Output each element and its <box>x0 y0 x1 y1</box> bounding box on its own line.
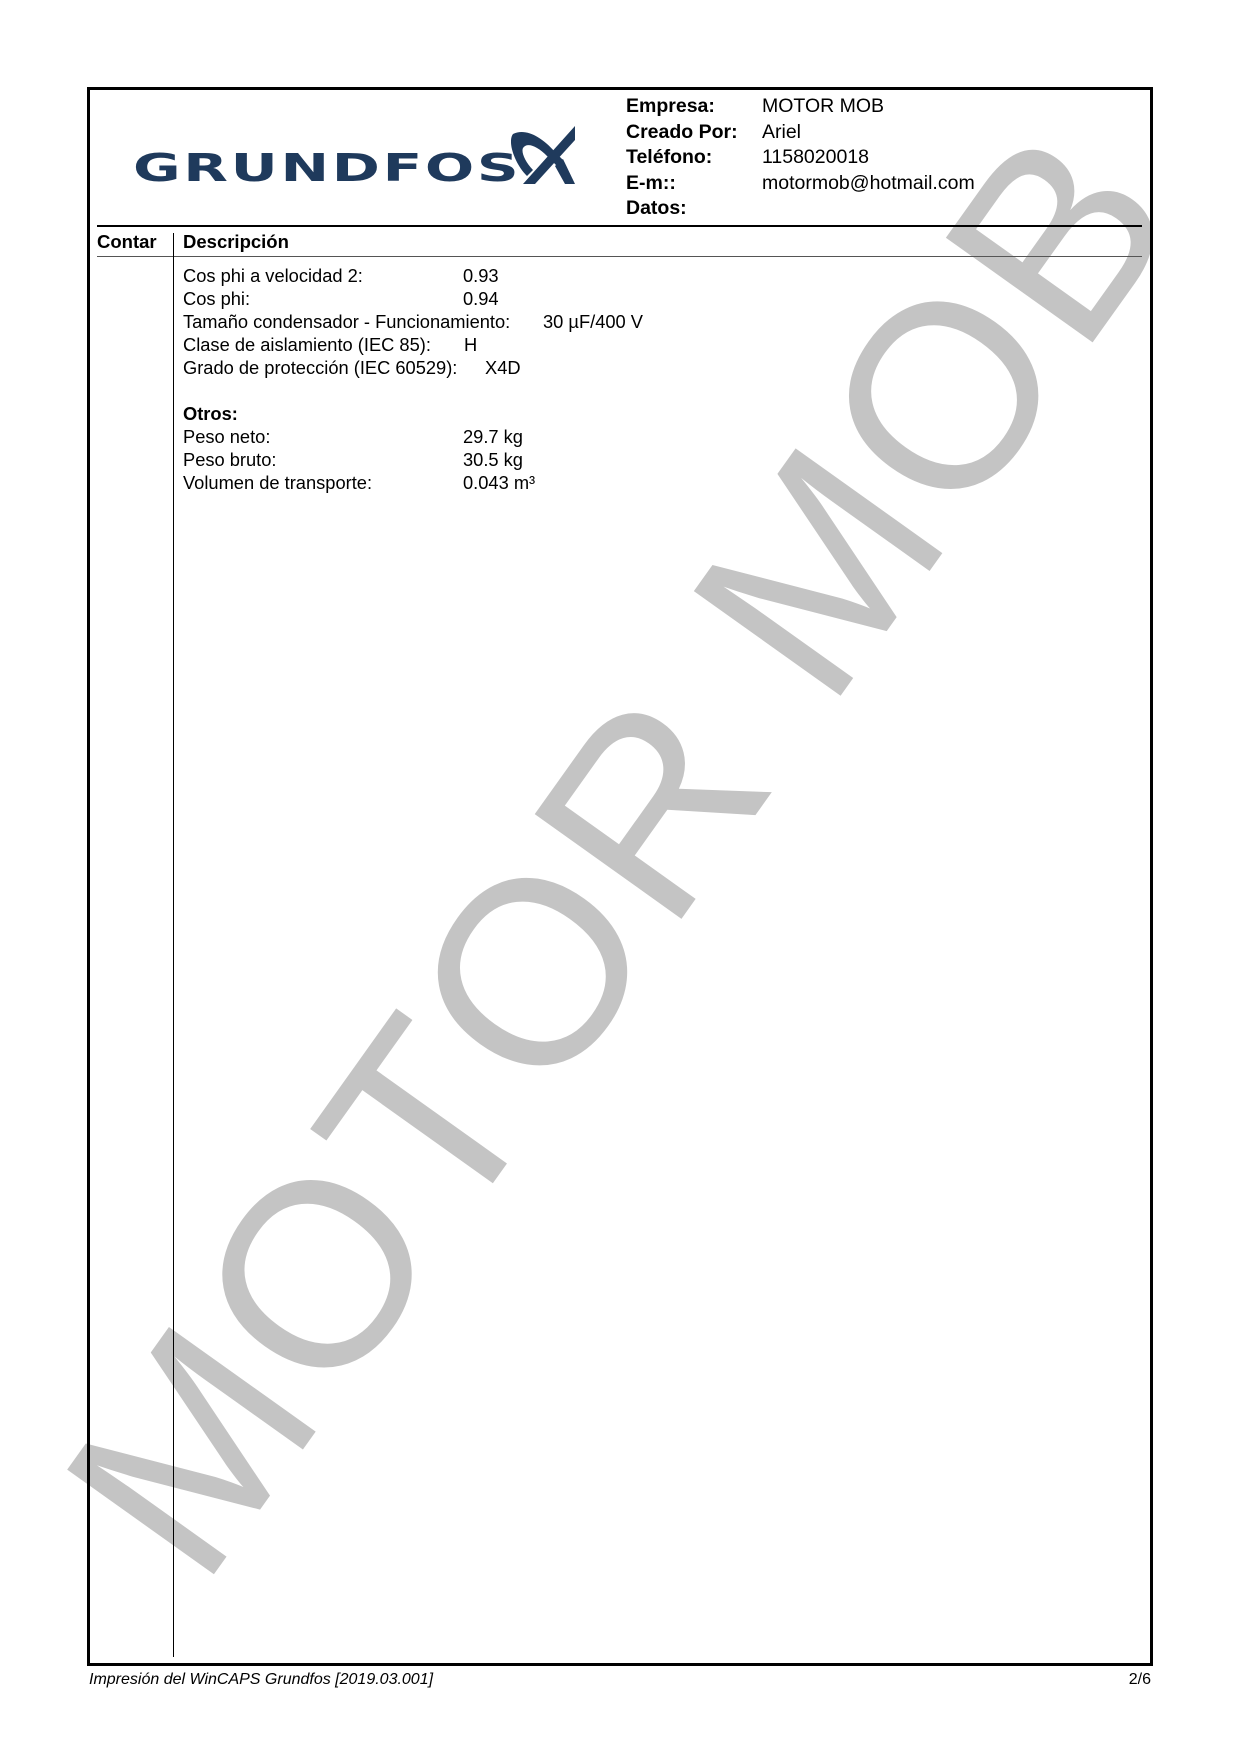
spec-value: 0.94 <box>463 287 499 310</box>
section-title-otros: Otros: <box>183 402 238 425</box>
spec-value: 0.043 m³ <box>463 471 535 494</box>
spec-key: Tamaño condensador - Funcionamiento: <box>183 310 510 333</box>
spec-line: Cos phi: 0.94 <box>183 287 238 310</box>
spec-value: 0.93 <box>463 264 499 287</box>
grundfos-x-mark-icon <box>511 126 577 188</box>
header-divider <box>97 225 1142 227</box>
spec-line: Peso bruto: 30.5 kg <box>183 448 238 471</box>
description-content: Cos phi a velocidad 2: 0.93 Cos phi: 0.9… <box>183 264 238 494</box>
spec-key: Cos phi: <box>183 287 250 310</box>
spec-key: Grado de protección (IEC 60529): <box>183 356 457 379</box>
spec-line: Grado de protección (IEC 60529): X4D <box>183 356 238 379</box>
spec-value: X4D <box>485 356 521 379</box>
creado-por-value: Ariel <box>762 120 801 146</box>
spec-line: Peso neto: 29.7 kg <box>183 425 238 448</box>
footer-print-info: Impresión del WinCAPS Grundfos [2019.03.… <box>89 1671 433 1689</box>
creado-por-label: Creado Por: <box>626 120 738 146</box>
column-divider <box>173 233 174 1657</box>
spec-key: Cos phi a velocidad 2: <box>183 264 363 287</box>
column-header-descripcion: Descripción <box>183 231 289 253</box>
spec-value: 29.7 kg <box>463 425 523 448</box>
email-value: motormob@hotmail.com <box>762 171 975 197</box>
spacer <box>183 379 238 402</box>
telefono-value: 1158020018 <box>762 145 869 171</box>
spec-key: Clase de aislamiento (IEC 85): <box>183 333 431 356</box>
empresa-value: MOTOR MOB <box>762 94 884 120</box>
empresa-label: Empresa: <box>626 94 715 120</box>
spec-line: Volumen de transporte: 0.043 m³ <box>183 471 238 494</box>
spec-line: Cos phi a velocidad 2: 0.93 <box>183 264 238 287</box>
spec-key: Peso neto: <box>183 425 270 448</box>
spec-value: H <box>464 333 477 356</box>
spec-key: Peso bruto: <box>183 448 277 471</box>
telefono-label: Teléfono: <box>626 145 712 171</box>
column-header-contar: Contar <box>97 231 157 253</box>
spec-key: Volumen de transporte: <box>183 471 372 494</box>
email-label: E-m:: <box>626 171 676 197</box>
spec-line: Clase de aislamiento (IEC 85): H <box>183 333 238 356</box>
spec-value: 30 µF/400 V <box>543 310 643 333</box>
datos-label: Datos: <box>626 196 687 222</box>
column-header-divider <box>97 256 1142 257</box>
page-number: 2/6 <box>1129 1671 1151 1689</box>
spec-value: 30.5 kg <box>463 448 523 471</box>
spec-line: Tamaño condensador - Funcionamiento: 30 … <box>183 310 238 333</box>
grundfos-logo: GRUNDFOS <box>133 140 427 198</box>
logo-text: GRUNDFOS <box>133 150 521 188</box>
